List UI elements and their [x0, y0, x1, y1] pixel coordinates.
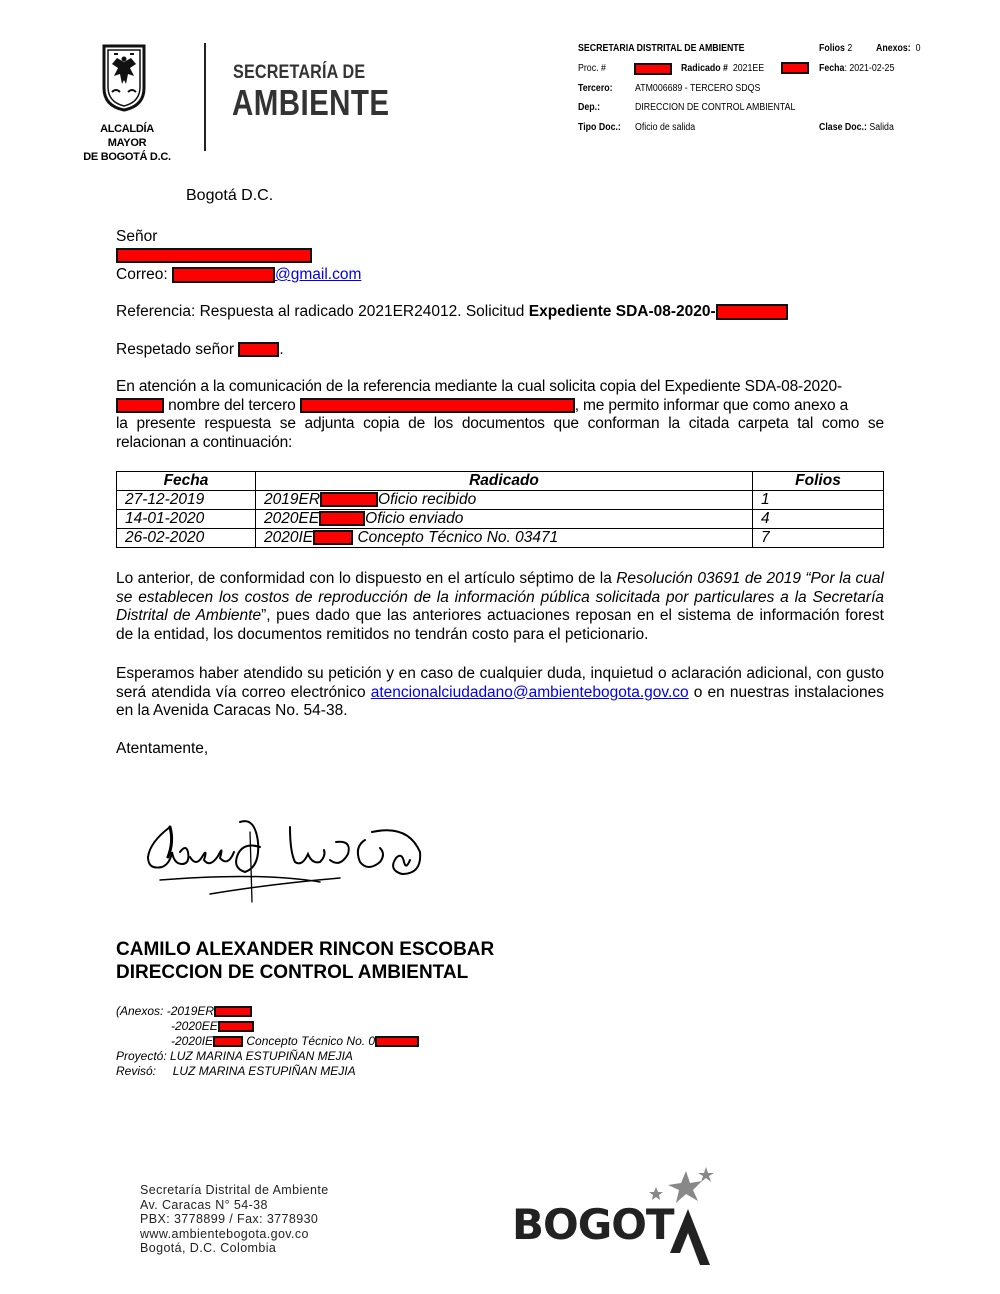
redacted-annex-3-concepto [375, 1036, 419, 1047]
closing-line: Atentamente, [116, 740, 208, 759]
stamp-dep-value: DIRECCION DE CONTROL AMBIENTAL [635, 102, 795, 114]
cell-fecha: 14-01-2020 [117, 510, 256, 529]
documents-table: Fecha Radicado Folios 27-12-2019 2019ERO… [116, 471, 884, 548]
stamp-folios: Folios 2 [819, 43, 852, 55]
redacted-annex-2 [218, 1021, 254, 1032]
reviso-line: Revisó: LUZ MARINA ESTUPIÑAN MEJIA [116, 1064, 356, 1079]
paragraph-3: Esperamos haber atendido su petición y e… [116, 665, 884, 721]
table-header-row: Fecha Radicado Folios [117, 472, 884, 491]
redacted-expediente [716, 304, 788, 320]
correo-line: Correo: @gmail.com [116, 266, 361, 285]
alcaldia-logo-text: ALCALDÍA MAYOR DE BOGOTÁ D.C. [80, 122, 174, 164]
paragraph-2: Lo anterior, de conformidad con lo dispu… [116, 570, 884, 644]
footer-website: www.ambientebogota.gov.co [140, 1227, 329, 1242]
annex-line-2: -2020EE [171, 1019, 254, 1034]
stamp-anexos: Anexos: 0 [876, 43, 921, 55]
redacted-greeting-name [238, 342, 279, 357]
proyecto-line: Proyectó: LUZ MARINA ESTUPIÑAN MEJIA [116, 1049, 353, 1064]
stamp-dep-label: Dep.: [578, 102, 600, 114]
annex-line-3: -2020IE Concepto Técnico No. 0 [171, 1034, 419, 1049]
stamp-clase: Clase Doc.: Salida [819, 122, 894, 134]
signer-name: CAMILO ALEXANDER RINCON ESCOBAR [116, 938, 494, 961]
stamp-radicado: Radicado # 2021EE [681, 63, 764, 75]
stamp-tipo-value: Oficio de salida [635, 122, 695, 134]
redacted-tercero-name [300, 398, 575, 413]
stamp-fecha: Fecha: 2021-02-25 [819, 63, 894, 75]
redacted-radicado-number [319, 511, 365, 526]
redacted-radicado [781, 62, 809, 74]
redacted-recipient-name [116, 248, 312, 263]
city-line: Bogotá D.C. [186, 187, 273, 206]
coat-of-arms-icon [100, 40, 148, 112]
redacted-proc [634, 63, 672, 75]
salutation-title: Señor [116, 228, 157, 247]
stamp-tercero-value: ATM006689 - TERCERO SDQS [635, 83, 760, 95]
greeting-line: Respetado señor . [116, 341, 284, 360]
redacted-annex-1 [214, 1006, 252, 1017]
secretaria-logo-text: SECRETARÍA DE [233, 62, 365, 84]
redacted-radicado-number [313, 530, 353, 545]
redacted-email-user [172, 267, 275, 283]
signer-department: DIRECCION DE CONTROL AMBIENTAL [116, 961, 468, 984]
redacted-radicado-number [320, 492, 378, 507]
stamp-proc-label: Proc. # [578, 63, 606, 75]
bogota-logo-stars-icon [648, 1165, 714, 1271]
logo-divider [204, 43, 206, 151]
cell-fecha: 27-12-2019 [117, 491, 256, 510]
annex-line-1: (Anexos: -2019ER [116, 1004, 252, 1019]
paragraph-1: En atención a la comunicación de la refe… [116, 378, 884, 452]
stamp-entity: SECRETARIA DISTRITAL DE AMBIENTE [578, 43, 745, 55]
cell-folios: 4 [753, 510, 884, 529]
cell-radicado: 2020EEOficio enviado [256, 510, 753, 529]
cell-radicado: 2019EROficio recibido [256, 491, 753, 510]
column-header-radicado: Radicado [256, 472, 753, 491]
column-header-fecha: Fecha [117, 472, 256, 491]
cell-folios: 1 [753, 491, 884, 510]
cell-fecha: 26-02-2020 [117, 529, 256, 548]
stamp-tercero-label: Tercero: [578, 83, 613, 95]
redacted-annex-3 [213, 1036, 243, 1047]
redacted-expediente-suffix [116, 398, 164, 413]
atencion-email-link[interactable]: atencionalciudadano@ambientebogota.gov.c… [371, 684, 689, 701]
footer-address: Secretaría Distrital de Ambiente Av. Car… [140, 1183, 329, 1256]
table-row: 27-12-2019 2019EROficio recibido 1 [117, 491, 884, 510]
column-header-folios: Folios [753, 472, 884, 491]
ambiente-logo-text: AMBIENTE [232, 82, 389, 124]
table-row: 26-02-2020 2020IE Concepto Técnico No. 0… [117, 529, 884, 548]
table-row: 14-01-2020 2020EEOficio enviado 4 [117, 510, 884, 529]
handwritten-signature-icon [140, 812, 430, 907]
cell-radicado: 2020IE Concepto Técnico No. 03471 [256, 529, 753, 548]
stamp-tipo-label: Tipo Doc.: [578, 122, 621, 134]
cell-folios: 7 [753, 529, 884, 548]
email-link[interactable]: @gmail.com [275, 266, 361, 283]
referencia-line: Referencia: Respuesta al radicado 2021ER… [116, 303, 788, 322]
